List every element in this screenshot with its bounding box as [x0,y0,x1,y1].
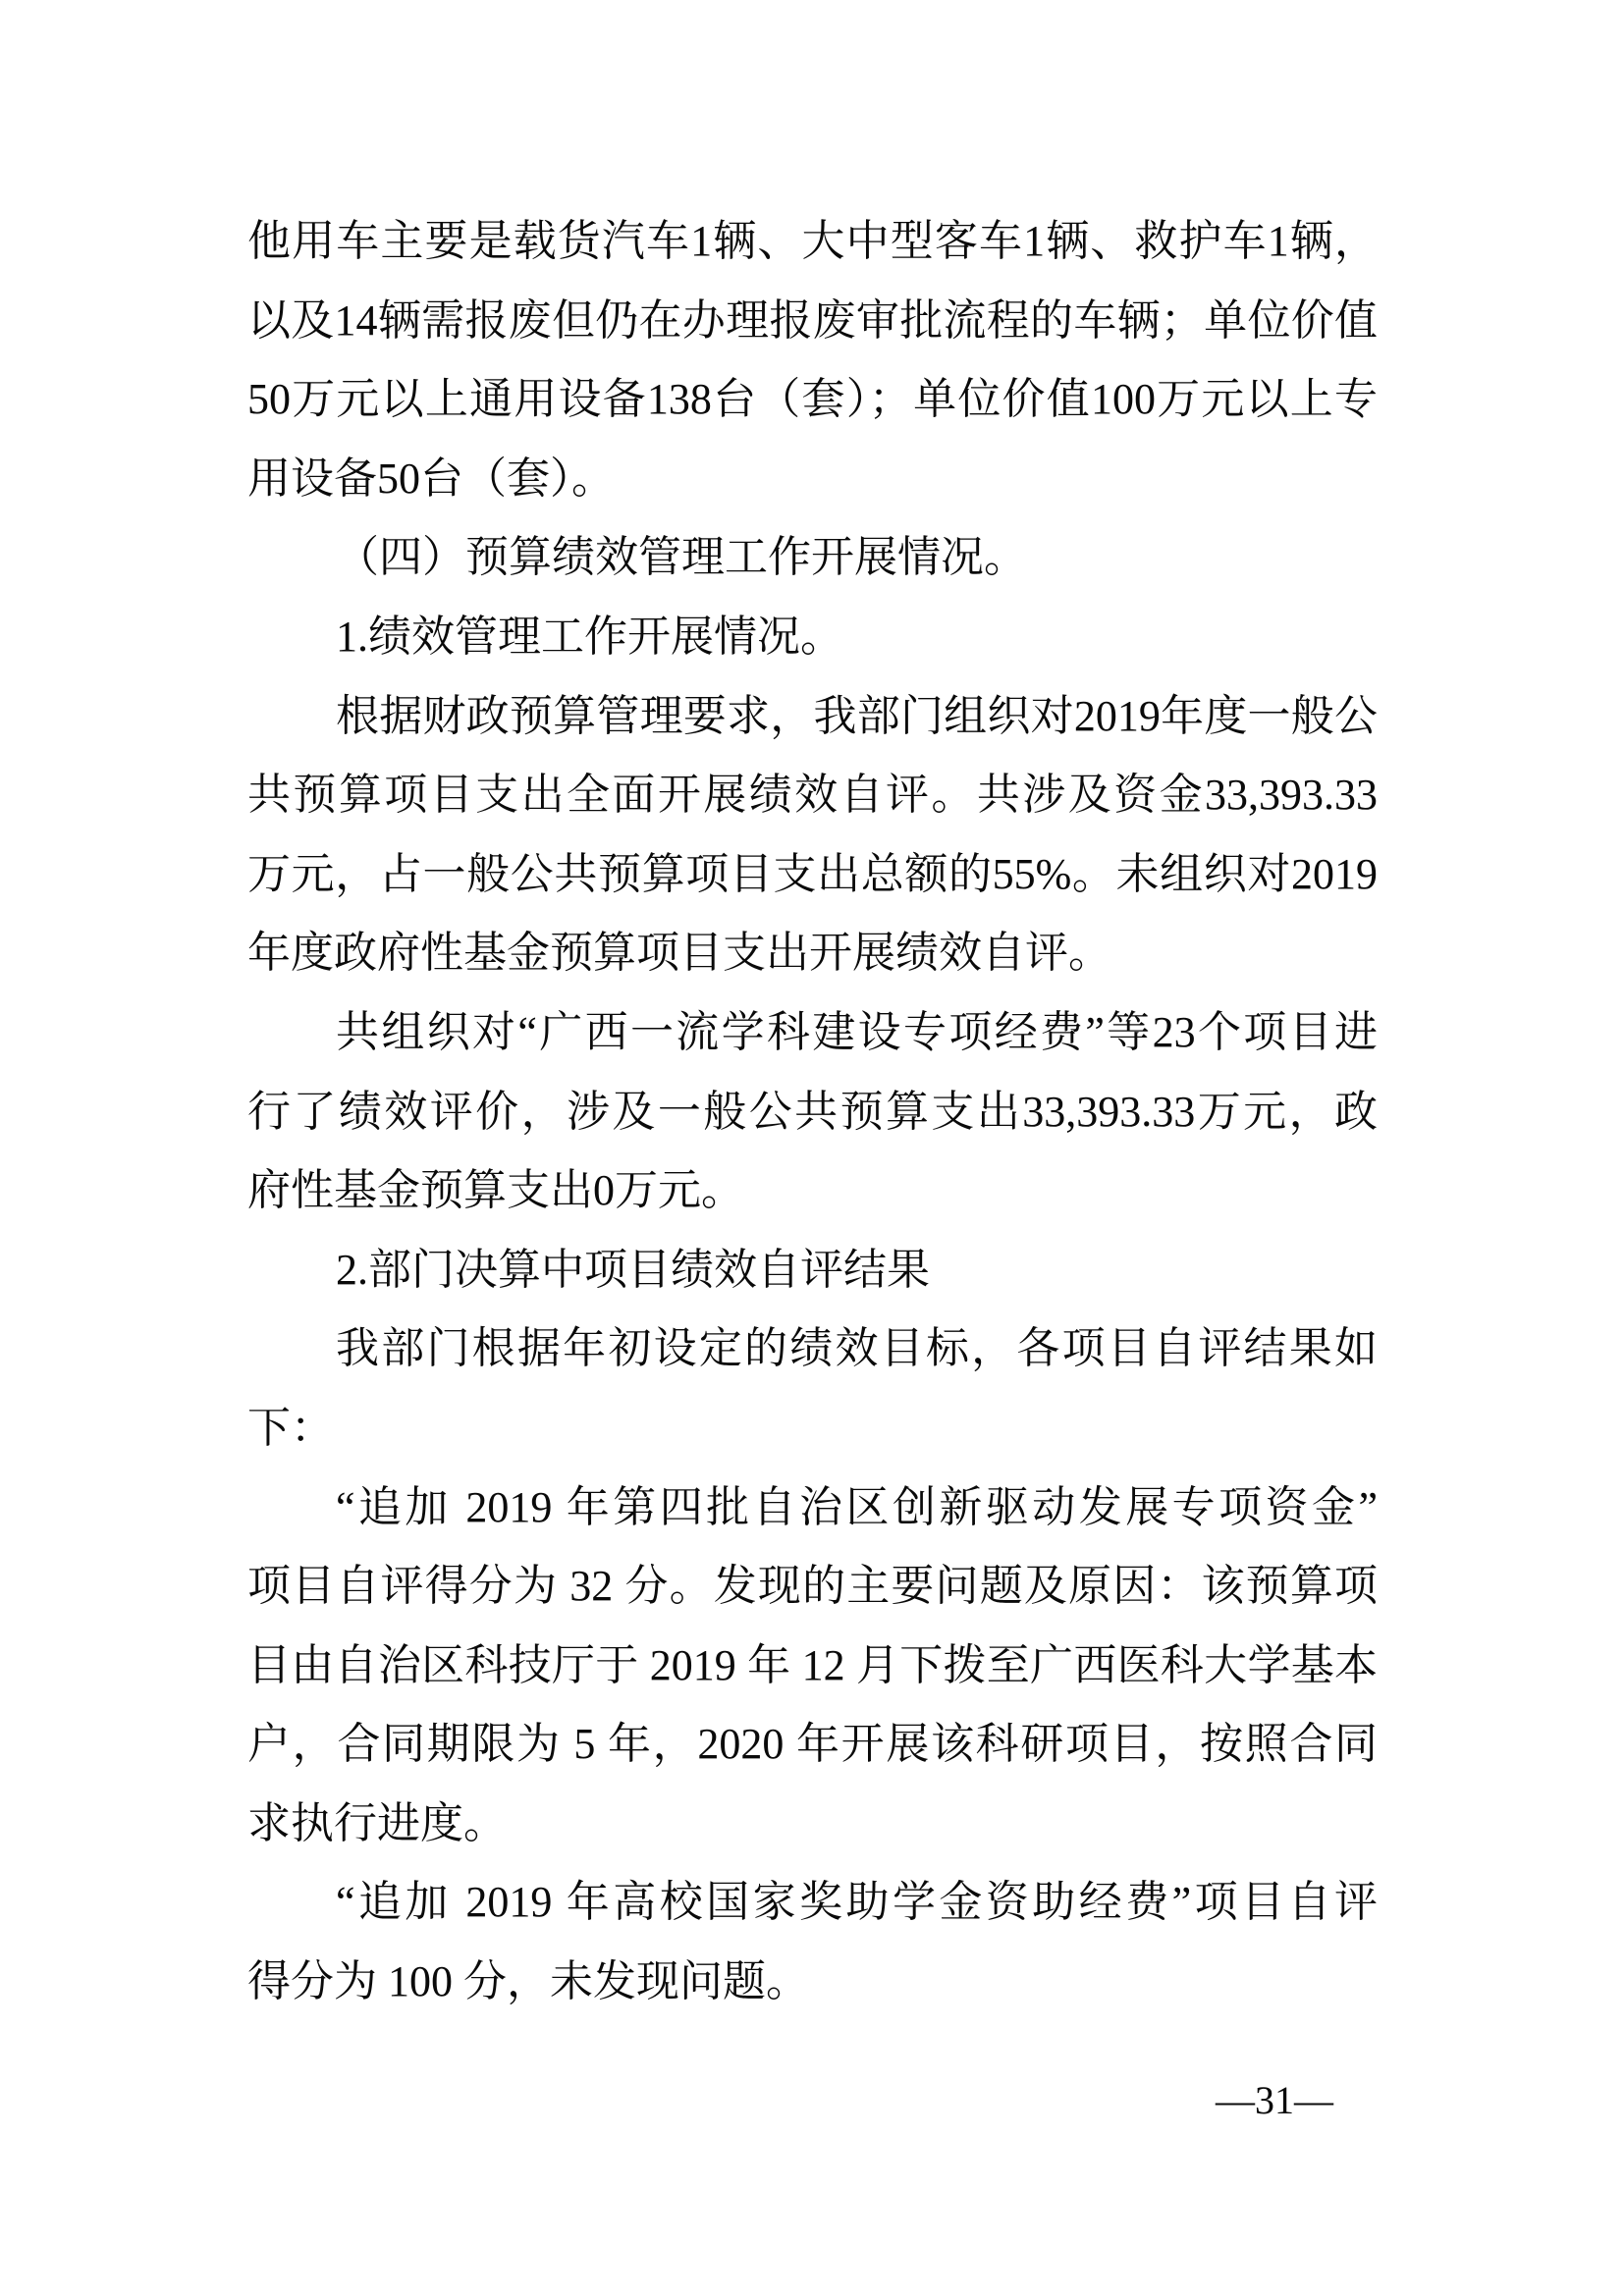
page-number: —31— [1216,2073,1333,2128]
text-line: 行了绩效评价，涉及一般公共预算支出33,393.33万元，政 [247,1073,1378,1152]
text-line: “追加 2019 年高校国家奖助学金资助经费”项目自评 [247,1863,1378,1943]
text-line: “追加 2019 年第四批自治区创新驱动发展专项资金” [247,1468,1378,1548]
text-line: 下： [247,1389,1378,1468]
text-line: 求执行进度。 [247,1785,1378,1864]
text-line: 共组织对“广西一流学科建设专项经费”等23个项目进 [247,993,1378,1073]
text-line: 根据财政预算管理要求，我部门组织对2019年度一般公 [247,677,1378,757]
document-text-block: 他用车主要是载货汽车1辆、大中型客车1辆、救护车1辆，以及14辆需报废但仍在办理… [247,202,1378,2022]
text-line: 2.部门决算中项目绩效自评结果 [247,1231,1378,1310]
text-line: 1.绩效管理工作开展情况。 [247,598,1378,677]
text-line: 他用车主要是载货汽车1辆、大中型客车1辆、救护车1辆， [247,202,1378,282]
document-page: { "style": { "background": "#ffffff", "t… [0,0,1624,2296]
text-line: 项目自评得分为 32 分。发现的主要问题及原因：该预算项 [247,1547,1378,1627]
text-line: 得分为 100 分，未发现问题。 [247,1943,1378,2022]
text-line: 我部门根据年初设定的绩效目标，各项目自评结果如 [247,1309,1378,1389]
text-line: 50万元以上通用设备138台（套）；单位价值100万元以上专 [247,360,1378,440]
text-line: （四）预算绩效管理工作开展情况。 [247,518,1378,598]
text-line: 府性基金预算支出0万元。 [247,1151,1378,1231]
text-line: 户，合同期限为 5 年，2020 年开展该科研项目，按照合同要 [247,1705,1378,1785]
text-line: 万元，占一般公共预算项目支出总额的55%。未组织对2019 [247,835,1378,915]
text-line: 用设备50台（套）。 [247,440,1378,519]
text-line: 共预算项目支出全面开展绩效自评。共涉及资金33,393.33 [247,756,1378,835]
text-line: 以及14辆需报废但仍在办理报废审批流程的车辆；单位价值 [247,282,1378,361]
text-line: 目由自治区科技厅于 2019 年 12 月下拨至广西医科大学基本 [247,1627,1378,1706]
text-line: 年度政府性基金预算项目支出开展绩效自评。 [247,914,1378,993]
